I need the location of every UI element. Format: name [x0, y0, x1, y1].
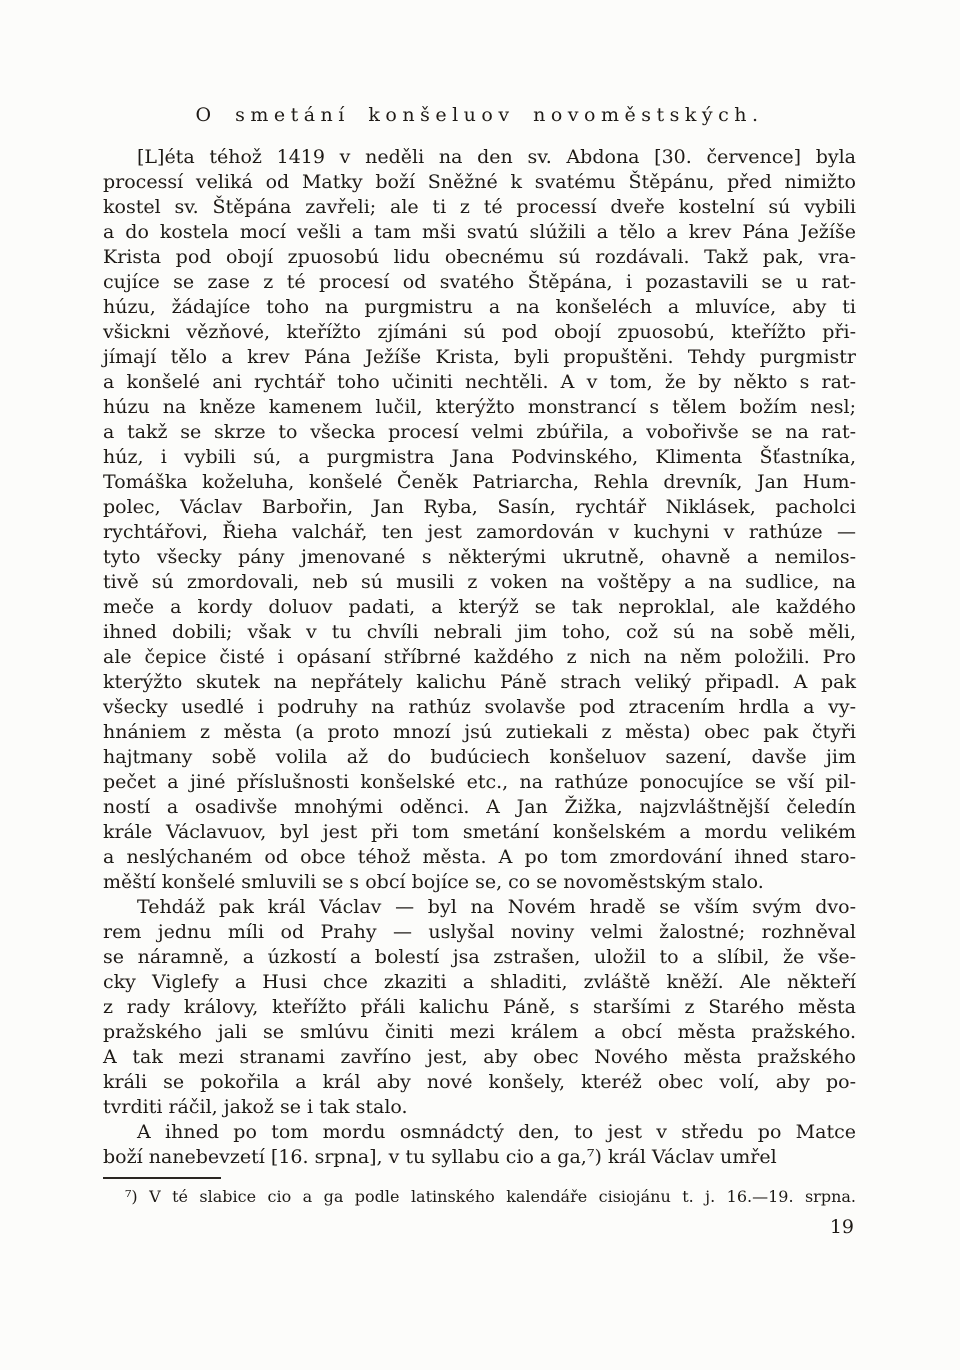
scanned-book-page: O smetání konšeluov novoměstských. [L]ét…: [0, 0, 960, 1370]
text-line: tyto všecky pány jmenované s některými u…: [103, 545, 856, 570]
text-line: Krista pod obojí zpuosobú lidu obecnému …: [103, 245, 856, 270]
text-line: králi se pokořila a král aby nové konšel…: [103, 1070, 856, 1095]
text-line: A ihned po tom mordu osmnádctý den, to j…: [103, 1120, 856, 1145]
text-line: krále Václavuov, byl jest při tom smetán…: [103, 820, 856, 845]
body-text: [L]éta téhož 1419 v neděli na den sv. Ab…: [103, 145, 856, 1170]
text-line: z rady královy, kteřížto přáli kalichu P…: [103, 995, 856, 1020]
text-line: cky Viglefy a Husi chce zkaziti a shladi…: [103, 970, 856, 995]
text-line: hajtmany sobě volila až do budúciech kon…: [103, 745, 856, 770]
paragraph: A ihned po tom mordu osmnádctý den, to j…: [103, 1120, 856, 1170]
paragraph: [L]éta téhož 1419 v neděli na den sv. Ab…: [103, 145, 856, 895]
text-line: kterýžto skutek na nepřátely kalichu Pán…: [103, 670, 856, 695]
text-line: rychtářovi, Řieha valchář, ten jest zamo…: [103, 520, 856, 545]
text-line: rem jednu míli od Prahy — uslyšal noviny…: [103, 920, 856, 945]
text-line: všickni vězňové, kteřížto zjímáni sú pod…: [103, 320, 856, 345]
text-line: cujíce se zase z té procesí od svatého Š…: [103, 270, 856, 295]
text-column: O smetání konšeluov novoměstských. [L]ét…: [103, 104, 856, 1238]
text-line: a takž se skrze to všecka procesí velmi …: [103, 420, 856, 445]
text-line: a neslýchaném od obce téhož města. A po …: [103, 845, 856, 870]
text-line: A tak mezi stranami zavříno jest, aby ob…: [103, 1045, 856, 1070]
footnote-text: ⁷) V té slabice cio a ga podle latinskéh…: [103, 1186, 856, 1207]
text-line: kostel sv. Štěpána zavřeli; ale ti z té …: [103, 195, 856, 220]
text-line: tivě sú zmordovali, neb sú musili z voke…: [103, 570, 856, 595]
paragraph: Tehdáž pak král Václav — byl na Novém hr…: [103, 895, 856, 1120]
text-line: boží nanebevzetí [16. srpna], v tu sylla…: [103, 1145, 856, 1170]
text-line: húzu na kněze kamenem lučil, kterýžto mo…: [103, 395, 856, 420]
text-line: jímají tělo a krev Pána Ježíše Krista, b…: [103, 345, 856, 370]
text-line: a konšelé ani rychtář toho učiniti necht…: [103, 370, 856, 395]
text-line: pečet a jiné příslušnosti konšelské etc.…: [103, 770, 856, 795]
text-line: Tehdáž pak král Václav — byl na Novém hr…: [103, 895, 856, 920]
text-line: ností a osadivše mnohými oděnci. A Jan Ž…: [103, 795, 856, 820]
text-line: húzu, žádajíce toho na purgmistru a na k…: [103, 295, 856, 320]
text-line: meče a kordy doluov padati, a kterýž se …: [103, 595, 856, 620]
text-line: ihned dobili; však v tu chvíli nebrali j…: [103, 620, 856, 645]
text-line: [L]éta téhož 1419 v neděli na den sv. Ab…: [103, 145, 856, 170]
text-line: tvrditi ráčil, jakož se i tak stalo.: [103, 1095, 856, 1120]
page-number: 19: [103, 1216, 856, 1238]
text-line: processí veliká od Matky boží Sněžné k s…: [103, 170, 856, 195]
text-line: Tomáška koželuha, konšelé Čeněk Patriarc…: [103, 470, 856, 495]
text-line: se náramně, a úzkostí a bolestí jsa zstr…: [103, 945, 856, 970]
page-heading: O smetání konšeluov novoměstských.: [103, 104, 856, 126]
text-line: pražského jali se smlúvu činiti mezi krá…: [103, 1020, 856, 1045]
text-line: húz, i vybili sú, a purgmistra Jana Podv…: [103, 445, 856, 470]
text-line: měští konšelé smluvili se s obcí bojíce …: [103, 870, 856, 895]
text-line: ale čepice čisté i opásaní stříbrné každ…: [103, 645, 856, 670]
text-line: hnániem z města (a proto mnozí jsú zutie…: [103, 720, 856, 745]
text-line: polec, Václav Barbořin, Jan Ryba, Sasín,…: [103, 495, 856, 520]
footnote-separator: [103, 1177, 221, 1179]
text-line: a do kostela mocí vešli a tam mši svatú …: [103, 220, 856, 245]
text-line: všecky usedlé i podruhy na rathúz svolav…: [103, 695, 856, 720]
